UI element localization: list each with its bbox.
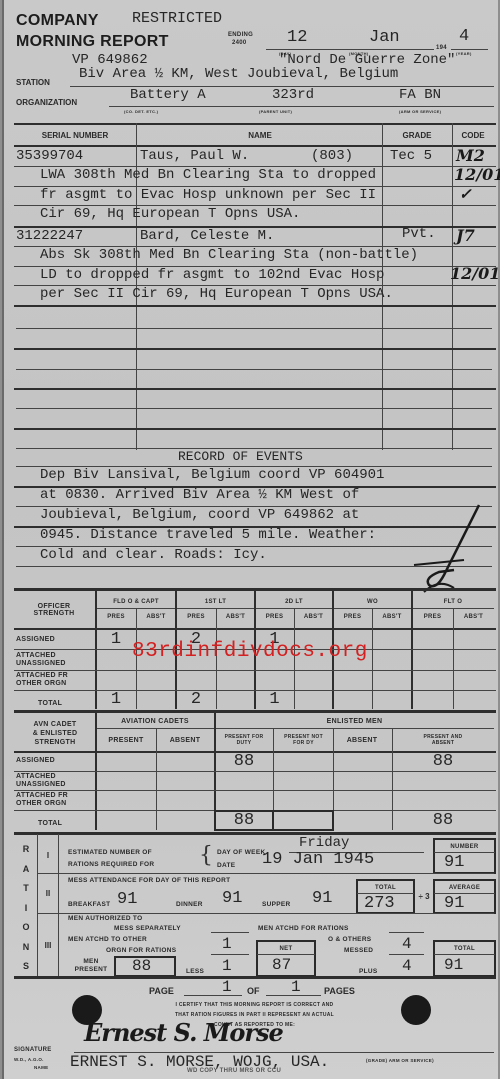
date-underline [266,49,434,50]
label-line: ATTACHED FR [16,672,68,680]
dinner-label: DINNER [176,901,203,908]
number-label: NUMBER [435,842,494,851]
organization-underline [109,106,494,107]
label-line: PRESENT [71,966,111,974]
col-present-and-absent: PRESENT AND ABSENT [392,730,494,750]
signature-label: SIGNATURE [14,1047,52,1053]
value-cell: 1 [96,690,136,708]
station-value: Biv Area ½ KM, West Joubieval, Belgium [79,66,398,82]
sub-col-pres: PRES [333,611,372,623]
row-rule [14,771,496,772]
letter: O [20,918,32,938]
date-value: 19 Jan 1945 [262,850,374,869]
total-pnfd-box [272,810,334,831]
value-cell: 88 [215,751,273,771]
label-line: ATTACHED [16,652,66,660]
label-line: OTHER ORGN [16,800,68,808]
title-line: STRENGTH [34,610,75,617]
atchd-other-label: ORGN FOR RATIONS [106,947,176,954]
label-line: MEN [71,958,111,966]
soldier-name: Taus, Paul W. [140,148,249,164]
underline [389,932,424,933]
remark-line: fr asgmt to Evac Hosp unknown per Sec II [40,187,376,203]
row-rule [14,348,496,350]
row-rule [16,369,492,370]
sub-col-pres: PRES [176,611,216,623]
label-line: UNASSIGNED [16,781,66,789]
remark-line: LD to dropped fr asgmt to 102nd Evac Hos… [40,267,384,283]
arm-caption: (ARM OR SERVICE) [399,109,441,114]
pages-label: PAGES [324,986,355,996]
remark-line: LWA 308th Med Bn Clearing Sta to dropped [40,167,376,183]
binder-hole-icon [401,995,431,1025]
morning-report-form: COMPANY MORNING REPORT RESTRICTED ENDING… [2,0,498,1079]
underline [389,954,424,955]
plus-value: 4 [402,957,412,975]
grade-caption: (GRADE) ARM OR SERVICE) [366,1058,434,1063]
col-absent: ABSENT [156,730,214,750]
sub-col-abst: ABS'T [372,611,412,623]
row-rule [38,913,494,914]
number-value: 91 [444,853,464,872]
remark-line: per Sec II Cir 69, Hq European T Opns US… [40,286,393,302]
row-rule [14,305,496,307]
divider [58,834,59,976]
rations-side-label: R A T I O N S [20,840,32,977]
underline [184,995,242,996]
officer-strength-title: OFFICER STRENGTH [14,603,94,617]
divider [372,608,373,709]
value-cell: 1 [255,690,294,708]
average-value: 91 [444,894,464,913]
group-enlisted-men: ENLISTED MEN [215,715,494,727]
col-present-not-for-duty: PRESENT NOT FOR DY [274,730,333,750]
value-cell: 88 [215,810,273,830]
group-fld-o-capt: FLD O & CAPT [96,596,176,608]
col-grade: GRADE [384,130,450,140]
label-line: RATIONS REQUIRED FOR [68,859,154,871]
underline [266,995,321,996]
year-suffix: 4 [459,27,469,46]
total-value: 91 [444,956,463,974]
underline [211,954,249,955]
watermark: 83rdinfdivdocs.org [132,640,368,663]
letter: I [20,899,32,919]
row-rule [38,873,494,874]
supper-label: SUPPER [262,901,291,908]
event-line: 0945. Distance traveled 5 mile. Weather: [40,527,376,543]
divider [452,123,453,450]
row-label-attached-other: ATTACHED FR OTHER ORGN [16,792,68,808]
section-roman-3: III [38,930,58,960]
title-line: OFFICER [38,603,71,610]
label-line: NAME [14,1064,48,1072]
letter: N [20,938,32,958]
men-present-label: MEN PRESENT [71,958,111,974]
label-line: ATTACHED FR [16,792,68,800]
ending-label: ENDING [228,32,253,38]
header-bottom-rule [14,145,496,147]
divider [411,591,413,709]
section-roman-1: I [38,840,58,870]
row-rule [14,428,496,430]
col-code: CODE [453,130,493,140]
net-label: NET [258,944,314,953]
signature: Ernest S. Morse [84,1018,283,1047]
col-name: NAME [138,130,382,140]
total-value: 273 [364,894,395,913]
mess-separately-label: MEN AUTHORIZED TO [68,915,142,922]
station-label: STATION [16,78,50,87]
page-value: 1 [222,978,232,996]
sub-col-abst: ABS'T [294,611,333,623]
status-code: M2 [456,146,485,165]
day-of-week-label: DAY OF WEEK [217,849,265,856]
divider [156,728,157,830]
mess-separately-label: MESS SEPARATELY [114,925,181,932]
of-label: OF [247,986,260,996]
soldier-name: Bard, Celeste M. [140,228,274,244]
row-label-assigned: ASSIGNED [16,757,55,764]
parent-unit: 323rd [272,87,314,103]
plus-label: PLUS [359,968,378,975]
title-line: & ENLISTED [16,729,94,738]
breakfast-label: BREAKFAST [68,901,110,908]
section-1-label: ESTIMATED NUMBER OF RATIONS REQUIRED FOR [68,847,154,871]
table-top-rule [14,123,496,125]
value-cell: 2 [176,690,216,708]
section-roman-2: II [38,876,58,911]
total-label: TOTAL [435,944,494,953]
letter: S [20,957,32,977]
atchd-for-rations-label: MEN ATCHD FOR RATIONS [258,925,349,932]
year-prefix: 194 [436,45,447,51]
label-line: ESTIMATED NUMBER OF [68,847,154,859]
letter: R [20,840,32,860]
average-label: AVERAGE [435,883,494,892]
remark-line: Abs Sk 308th Med Bn Clearing Sta (non-ba… [40,247,418,263]
divider [453,608,454,709]
divide-icon: ÷ 3 [416,884,432,908]
year-underline [451,49,488,50]
dinner-value: 91 [222,889,242,908]
cert-line: I CERTIFY THAT THIS MORNING REPORT IS CO… [132,1000,377,1010]
row-rule [16,408,492,409]
form-note: WD COPY THRU MRS OR CCU [187,1068,281,1074]
row-rule [96,608,494,609]
wd-ago-label: W.D., A.G.O. NAME [14,1056,48,1072]
atchd-other-label: MEN ATCHD TO OTHER [68,936,147,943]
serial-number: 35399704 [16,148,83,164]
serial-number: 31222247 [16,228,83,244]
group-2d-lt: 2D LT [255,596,333,608]
underline [211,932,249,933]
organization-label: ORGANIZATION [16,98,77,107]
breakfast-value: 91 [117,890,137,909]
label-line: ATTACHED [16,773,66,781]
sub-col-abst: ABS'T [453,611,494,623]
col-serial-number: SERIAL NUMBER [16,130,134,140]
section-rule [14,832,496,835]
letter: T [20,879,32,899]
ending-time: 2400 [232,40,247,46]
group-wo: WO [333,596,412,608]
report-day: 12 [287,28,307,47]
margin-note: 12/01 [454,165,500,184]
row-label-attached-unassigned: ATTACHED UNASSIGNED [16,773,66,789]
arm-service: FA BN [399,87,441,103]
supper-value: 91 [312,889,332,908]
value-cell: 1 [96,629,136,649]
event-line: Dep Biv Lansival, Belgium coord VP 60490… [40,467,384,483]
section-rule [14,710,496,713]
row-label-total: TOTAL [38,820,62,827]
value-cell: 88 [392,810,494,830]
event-line: Joubieval, Belgium, coord VP 649862 at [40,507,359,523]
col-absent-em: ABSENT [333,730,391,750]
checkmark-icon: ✓ [459,185,472,203]
row-label-attached-unassigned: ATTACHED UNASSIGNED [16,652,66,668]
form-title-line1: COMPANY [16,12,99,30]
sub-col-abst: ABS'T [216,611,255,623]
event-line: Cold and clear. Roads: Icy. [40,547,267,563]
sub-col-pres: PRES [96,611,136,623]
record-of-events-title: RECORD OF EVENTS [178,449,303,464]
letter: A [20,860,32,880]
others-messed-label: O & OTHERS [328,936,371,943]
grade: Pvt. [402,226,436,242]
label-line: OTHER ORGN [16,680,68,688]
row-label-assigned: ASSIGNED [16,636,55,643]
group-flt-o: FLT O [412,596,494,608]
brace-icon: { [199,843,213,868]
net-value: 87 [272,956,291,974]
report-month: Jan [369,28,400,47]
margin-note: 12/01 [450,264,500,283]
group-aviation-cadets: AVIATION CADETS [96,715,214,727]
sub-col-pres: PRES [255,611,294,623]
page-label: PAGE [149,986,174,996]
label-line: W.D., A.G.O. [14,1056,48,1064]
row-label-attached-other: ATTACHED FR OTHER ORGN [16,672,68,688]
sub-col-abst: ABS'T [136,611,176,623]
form-title-line2: MORNING REPORT [16,33,169,51]
others-messed-label: MESSED [344,947,373,954]
initials-flourish-icon [384,500,494,600]
box-rule [257,954,315,955]
status-code: J7 [456,226,475,245]
row-rule [16,328,492,329]
atchd-other-value: 1 [222,935,232,953]
group-1st-lt: 1ST LT [176,596,255,608]
grade: Tec 5 [390,148,432,164]
remark-line: Cir 69, Hq European T Opns USA. [40,206,300,222]
title-line: AVN CADET [16,720,94,729]
row-rule [14,670,496,671]
title-line: STRENGTH [16,738,94,747]
mess-attendance-title: MESS ATTENDANCE FOR DAY OF THIS REPORT [68,877,230,884]
parent-caption: (PARENT UNIT) [259,109,292,114]
less-label: LESS [186,968,204,975]
row-rule [14,790,496,791]
event-line: at 0830. Arrived Biv Area ½ KM West of [40,487,359,503]
day-of-week-value: Friday [299,835,349,851]
less-value: 1 [222,957,232,975]
section-rule [14,976,496,979]
col-present: PRESENT [96,730,156,750]
row-rule [14,388,496,390]
value-cell: 88 [392,751,494,771]
date-label: DATE [217,862,235,869]
classification-stamp: RESTRICTED [132,10,222,27]
mos-code: (803) [311,148,353,164]
unit-caption: (CO. DET. ETC.) [124,109,158,114]
col-present-for-duty: PRESENT FOR DUTY [215,730,273,750]
box-rule [434,954,495,955]
pages-value: 1 [291,978,301,996]
others-messed-value: 4 [402,935,412,953]
organization-unit: Battery A [130,87,206,103]
label-line: UNASSIGNED [16,660,66,668]
enlisted-strength-title: AVN CADET & ENLISTED STRENGTH [16,720,94,747]
men-present-value: 88 [132,957,151,975]
row-label-total: TOTAL [38,700,62,707]
sub-col-pres: PRES [412,611,453,623]
total-label: TOTAL [358,883,413,892]
year-caption: (YEAR) [456,51,472,56]
